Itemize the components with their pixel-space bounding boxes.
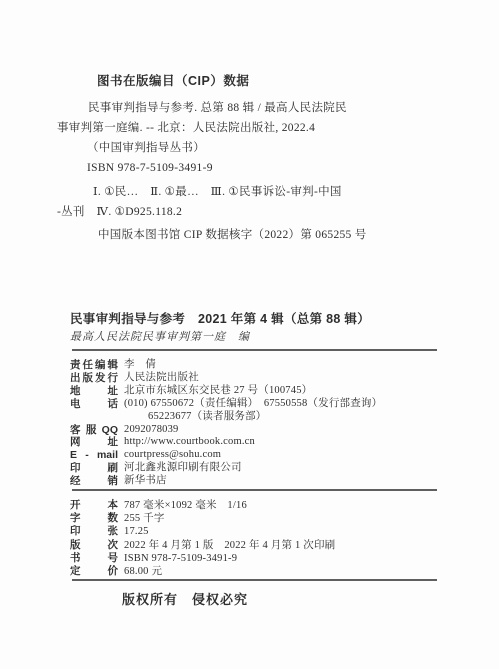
row-label: 版次 <box>70 539 118 552</box>
row-value: 北京市东城区东交民巷 27 号（100745） <box>124 385 312 398</box>
pub-row: 经销新华书店 <box>70 475 470 488</box>
row-value: 255 千字 <box>124 512 165 525</box>
pub-row: 出版发行人民法院出版社 <box>70 372 470 385</box>
cip-isbn: ISBN 978-7-5109-3491-9 <box>87 158 449 178</box>
pub-row: 网址http://www.courtbook.com.cn <box>70 436 470 449</box>
row-label: 地址 <box>70 385 118 398</box>
copyright-page: 图书在版编目（CIP）数据 民事审判指导与参考. 总第 88 辑 / 最高人民法… <box>0 0 499 669</box>
row-label: 责任编辑 <box>70 359 118 372</box>
pub-row: 地址北京市东城区东交民巷 27 号（100745） <box>70 385 470 398</box>
row-label: E - mail <box>70 449 118 462</box>
row-value website-url: http://www.courtbook.com.cn <box>124 436 255 449</box>
row-value: 2022 年 4 月第 1 版 2022 年 4 月第 1 次印刷 <box>124 539 335 552</box>
row-value: (010) 67550672（责任编辑） 67550558（发行部查询） <box>124 398 382 411</box>
row-value: 68.00 元 <box>124 565 162 578</box>
pub-row: 责任编辑李 倩 <box>70 359 470 372</box>
title-block: 民事审判指导与参考 2021 年第 4 辑（总第 88 辑） 最高人民法院民事审… <box>70 311 450 345</box>
printing-info: 开本787 毫米×1092 毫米 1/16 字数255 千字 印张17.25 版… <box>70 499 470 578</box>
row-label: 电话 <box>70 398 118 411</box>
print-row: 开本787 毫米×1092 毫米 1/16 <box>70 499 470 512</box>
row-value: 河北鑫兆源印刷有限公司 <box>124 462 242 475</box>
pub-row: 电话(010) 67550672（责任编辑） 67550558（发行部查询） <box>70 398 470 411</box>
divider-line <box>72 349 437 351</box>
cip-series-note: （中国审判指导丛书） <box>87 138 449 158</box>
pub-row-continuation: 65223677（读者服务部） <box>70 411 470 424</box>
book-title: 民事审判指导与参考 2021 年第 4 辑（总第 88 辑） <box>70 311 450 328</box>
row-value: 人民法院出版社 <box>124 372 199 385</box>
row-label: 开本 <box>70 499 118 512</box>
pub-row: 印刷河北鑫兆源印刷有限公司 <box>70 462 470 475</box>
divider-line <box>72 579 437 581</box>
cip-classification-line: Ⅰ. ①民… Ⅱ. ①最… Ⅲ. ①民事诉讼-审判-中国 <box>93 182 449 202</box>
cip-section: 图书在版编目（CIP）数据 民事审判指导与参考. 总第 88 辑 / 最高人民法… <box>57 71 449 245</box>
cip-classification-line: -丛刊 Ⅳ. ①D925.118.2 <box>57 202 449 222</box>
print-row: 版次2022 年 4 月第 1 版 2022 年 4 月第 1 次印刷 <box>70 539 470 552</box>
pub-row: E - mailcourtpress@sohu.com <box>70 449 470 462</box>
publication-info: 责任编辑李 倩 出版发行人民法院出版社 地址北京市东城区东交民巷 27 号（10… <box>70 359 470 488</box>
row-label: 经销 <box>70 475 118 488</box>
row-value: ISBN 978-7-5109-3491-9 <box>124 552 237 565</box>
row-value: 17.25 <box>124 525 149 538</box>
print-row: 定价68.00 元 <box>70 565 470 578</box>
row-label: 客服QQ <box>70 424 118 437</box>
cip-record-line: 事审判第一庭编. -- 北京：人民法院出版社, 2022.4 <box>57 118 449 138</box>
row-value: 李 倩 <box>124 359 156 372</box>
row-label: 网址 <box>70 436 118 449</box>
print-row: 字数255 千字 <box>70 512 470 525</box>
row-label: 印张 <box>70 525 118 538</box>
row-label: 出版发行 <box>70 372 118 385</box>
row-value: 65223677（读者服务部） <box>148 411 267 424</box>
row-value email-address: courtpress@sohu.com <box>124 449 221 462</box>
print-row: 印张17.25 <box>70 525 470 538</box>
copyright-notice: 版权所有 侵权必究 <box>122 589 248 608</box>
cip-heading: 图书在版编目（CIP）数据 <box>97 71 449 91</box>
pub-row: 客服QQ2092078039 <box>70 424 470 437</box>
cip-record-line: 民事审判指导与参考. 总第 88 辑 / 最高人民法院民 <box>88 98 449 118</box>
row-label: 印刷 <box>70 462 118 475</box>
divider-line <box>72 489 437 491</box>
book-editor: 最高人民法院民事审判第一庭 编 <box>70 330 450 345</box>
row-label: 定价 <box>70 565 118 578</box>
row-label: 书号 <box>70 552 118 565</box>
row-value: 2092078039 <box>124 424 179 437</box>
row-value: 新华书店 <box>124 475 167 488</box>
row-label: 字数 <box>70 512 118 525</box>
cip-registry-number: 中国版本图书馆 CIP 数据核字（2022）第 065255 号 <box>98 225 449 245</box>
print-row: 书号ISBN 978-7-5109-3491-9 <box>70 552 470 565</box>
row-value: 787 毫米×1092 毫米 1/16 <box>124 499 247 512</box>
